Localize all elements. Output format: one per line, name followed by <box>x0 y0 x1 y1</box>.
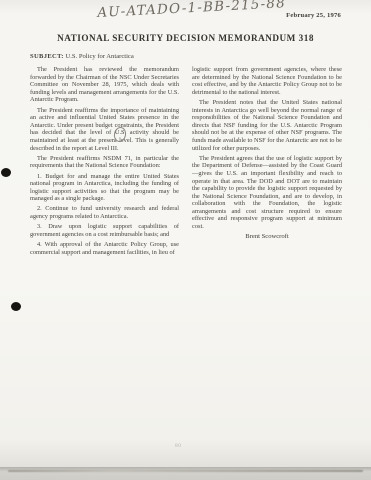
scan-background <box>0 467 371 480</box>
paragraph: The President has reviewed the memorandu… <box>30 66 179 104</box>
paragraph: The President agrees that the use of log… <box>192 155 342 231</box>
hole-punch-dot-icon <box>11 302 21 311</box>
paragraph: The President reaffirms the importance o… <box>30 107 179 153</box>
paper-bottom-edge <box>8 470 363 472</box>
paragraph: The President notes that the United Stat… <box>192 99 342 152</box>
memo-title: NATIONAL SECURITY DECISION MEMORANDUM 31… <box>0 33 371 43</box>
subject-text: U.S. Policy for Antarctica <box>65 53 133 60</box>
paragraph: The President reaffirms NSDM 71, in part… <box>30 155 179 170</box>
left-text-column: The President has reviewed the memorandu… <box>30 66 179 259</box>
page-number: 80 <box>175 443 182 449</box>
list-item: 4. With approval of the Antarctic Policy… <box>30 241 179 256</box>
margin-dot-icon <box>1 168 11 177</box>
subject-label: SUBJECT: <box>30 53 64 60</box>
signature-name: Brent Scowcroft <box>192 233 342 241</box>
right-text-column: logistic support from government agencie… <box>192 66 342 243</box>
subject-line: SUBJECT: U.S. Policy for Antarctica <box>30 53 134 60</box>
list-item: 1. Budget for and manage the entire Unit… <box>30 173 179 203</box>
memo-date: February 25, 1976 <box>286 12 341 19</box>
list-item: 2. Continue to fund university research … <box>30 205 179 220</box>
scanned-memo-page: { "page": { "handwritten_note": "AU-ATAD… <box>0 0 371 480</box>
list-item: 3. Draw upon logistic support capabiliti… <box>30 223 179 238</box>
paragraph: logistic support from government agencie… <box>192 66 342 96</box>
